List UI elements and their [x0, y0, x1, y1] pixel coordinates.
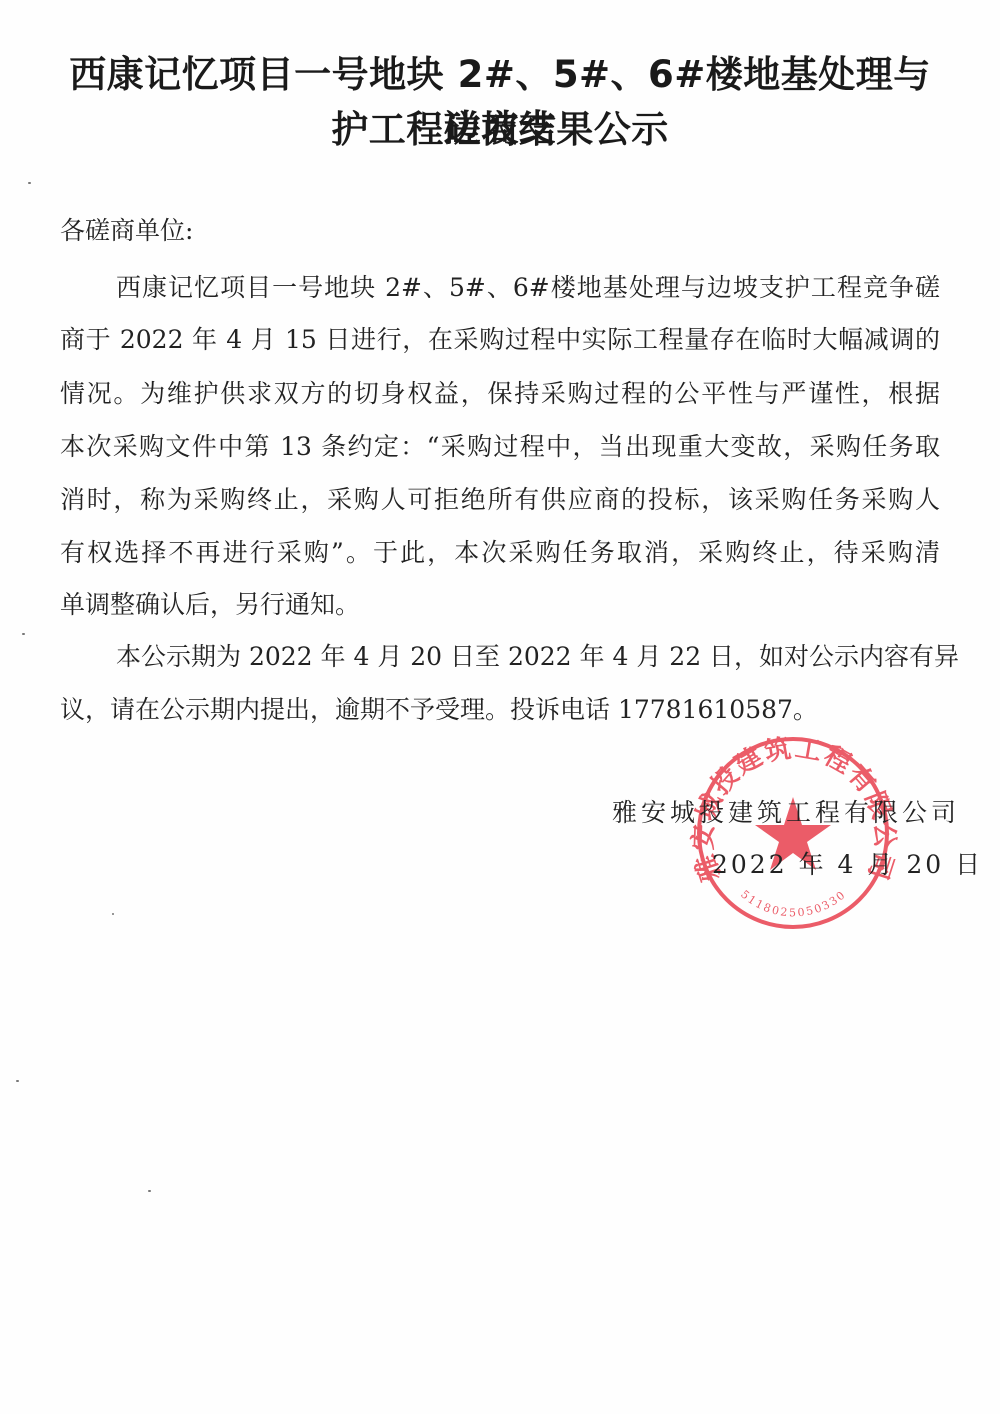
paragraph-1-line-5: 消时，称为采购终止，采购人可拒绝所有供应商的投标，该采购任务采购人	[60, 482, 940, 518]
svg-text:5118025050330: 5118025050330	[738, 888, 849, 920]
scan-speck	[22, 633, 25, 635]
official-seal-stamp: 雅安城投建筑工程有限公司 5118025050330	[686, 735, 900, 931]
paragraph-1-line-3: 情况。为维护供求双方的切身权益，保持采购过程的公平性与严谨性，根据	[60, 376, 940, 412]
scan-speck	[16, 1080, 19, 1082]
scan-speck	[148, 1190, 151, 1192]
paragraph-1-line-1: 西康记忆项目一号地块 2#、5#、6#楼地基处理与边坡支护工程竞争磋	[116, 270, 940, 306]
paragraph-1-line-6: 有权选择不再进行采购”。于此，本次采购任务取消，采购终止，待采购清	[60, 535, 940, 571]
signature-date: 2022 年 4 月 20 日	[712, 847, 983, 883]
scan-speck	[112, 913, 114, 915]
paragraph-2-line-2: 议，请在公示期内提出，逾期不予受理。投诉电话 17781610587。	[60, 692, 940, 728]
paragraph-1-line-7: 单调整确认后，另行通知。	[60, 587, 940, 623]
seal-code-text: 5118025050330	[738, 888, 849, 920]
paragraph-1-line-4: 本次采购文件中第 13 条约定：“采购过程中，当出现重大变故，采购任务取	[60, 429, 940, 465]
document-page: 西康记忆项目一号地块 2#、5#、6#楼地基处理与边坡支 护工程磋商结果公示 各…	[0, 0, 1000, 1414]
salutation: 各磋商单位:	[60, 213, 940, 249]
signature-company: 雅安城投建筑工程有限公司	[612, 795, 960, 831]
scan-speck	[28, 182, 31, 184]
document-title-line-2: 护工程磋商结果公示	[60, 103, 940, 157]
paragraph-1-line-2: 商于 2022 年 4 月 15 日进行，在采购过程中实际工程量存在临时大幅减调…	[60, 322, 940, 358]
paragraph-2-line-1: 本公示期为 2022 年 4 月 20 日至 2022 年 4 月 22 日，如…	[116, 639, 940, 675]
